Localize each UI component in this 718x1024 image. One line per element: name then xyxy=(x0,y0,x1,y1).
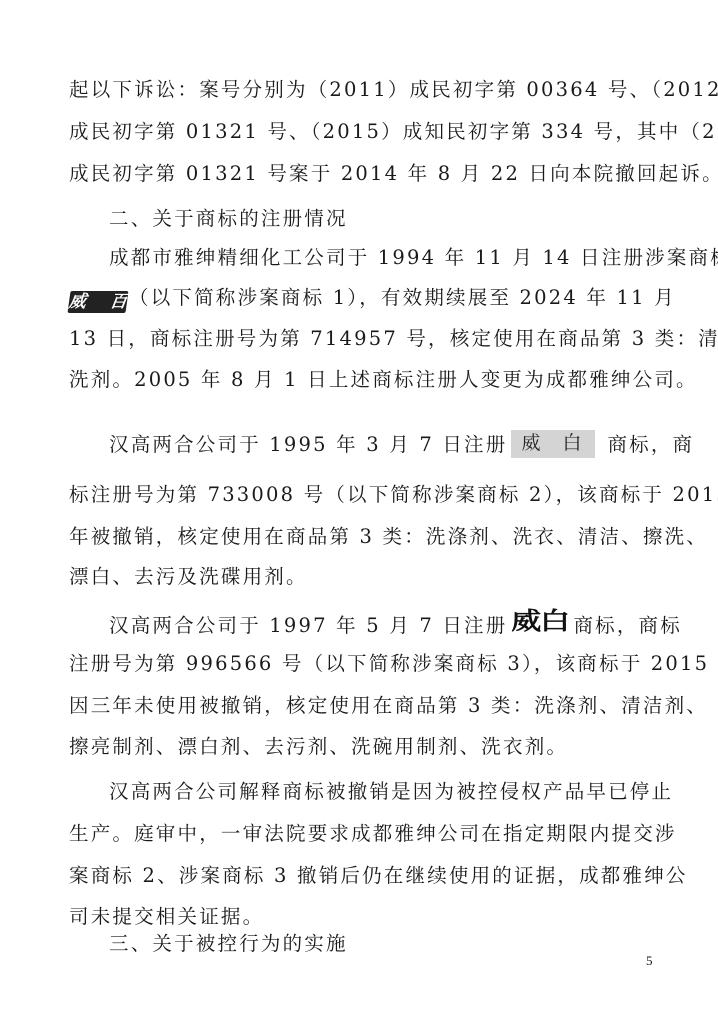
section-heading: 二、关于商标的注册情况 xyxy=(109,205,651,233)
text-line: 成民初字第 01321 号、（2015）成知民初字第 334 号，其中（2012… xyxy=(69,118,651,146)
text-line: 起以下诉讼：案号分别为（2011）成民初字第 00364 号、（2012） xyxy=(69,76,651,104)
text-segment: （以下简称涉案商标 1），有效期续展至 2024 年 11 月 xyxy=(129,286,676,309)
text-line: 漂白、去污及洗碟用剂。 xyxy=(69,563,651,591)
text-segment: 汉高两合公司于 1995 年 3 月 7 日注册 xyxy=(109,433,507,456)
page-number: 5 xyxy=(646,953,653,969)
text-line-with-trademark: 汉高两合公司于 1997 年 5 月 7 日注册威白商标，商标 xyxy=(109,608,651,640)
text-segment: 商标，商标 xyxy=(573,614,682,637)
text-line: 成民初字第 01321 号案于 2014 年 8 月 22 日向本院撤回起诉。 xyxy=(69,160,651,188)
text-line: 汉高两合公司解释商标被撤销是因为被控侵权产品早已停止 xyxy=(109,778,651,806)
trademark-2-logo: 威白 xyxy=(511,430,595,458)
trademark-3-logo: 威白 xyxy=(502,608,580,634)
text-line: 擦亮制剂、漂白剂、去污剂、洗碗用制剂、洗衣剂。 xyxy=(69,733,651,761)
text-line: 标注册号为第 733008 号（以下简称涉案商标 2），该商标于 2015 xyxy=(69,481,651,509)
text-segment: 汉高两合公司于 1997 年 5 月 7 日注册 xyxy=(109,614,507,637)
text-line: 注册号为第 996566 号（以下简称涉案商标 3），该商标于 2015 年 xyxy=(69,650,651,678)
text-line-with-trademark: 汉高两合公司于 1995 年 3 月 7 日注册威白商标，商 xyxy=(109,430,651,459)
text-line-with-trademark: 威百（以下简称涉案商标 1），有效期续展至 2024 年 11 月 xyxy=(69,284,651,313)
section-heading: 三、关于被控行为的实施 xyxy=(109,930,651,958)
text-line: 年被撤销，核定使用在商品第 3 类：洗涤剂、洗衣、清洁、擦洗、 xyxy=(69,523,651,551)
text-line: 因三年未使用被撤销，核定使用在商品第 3 类：洗涤剂、清洁剂、 xyxy=(69,692,651,720)
text-segment: 商标，商 xyxy=(607,433,694,456)
text-line: 生产。庭审中，一审法院要求成都雅绅公司在指定期限内提交涉 xyxy=(69,820,651,848)
trademark-1-logo: 威百 xyxy=(67,291,128,313)
text-line: 案商标 2、涉案商标 3 撤销后仍在继续使用的证据，成都雅绅公 xyxy=(69,862,651,890)
text-line: 13 日，商标注册号为第 714957 号，核定使用在商品第 3 类：清 xyxy=(69,325,651,353)
text-line: 成都市雅绅精细化工公司于 1994 年 11 月 14 日注册涉案商标 xyxy=(109,244,651,272)
text-line: 洗剂。2005 年 8 月 1 日上述商标注册人变更为成都雅绅公司。 xyxy=(69,366,651,394)
text-line: 司未提交相关证据。 xyxy=(69,903,651,931)
